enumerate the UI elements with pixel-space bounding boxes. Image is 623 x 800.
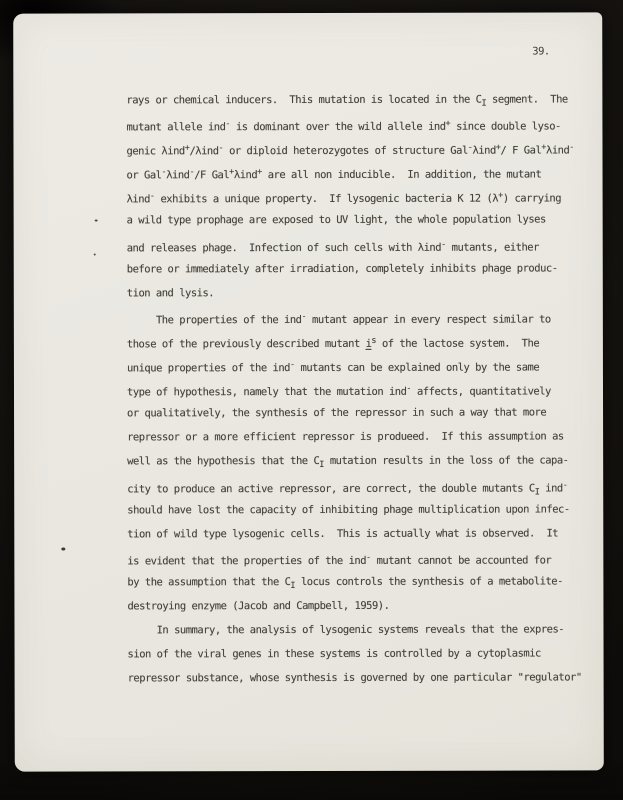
- text-line: destroying enzyme (Jacob and Campbell, 1…: [127, 593, 597, 618]
- stray-mark: [61, 548, 65, 551]
- text-line: type of hypothesis, namely that the muta…: [127, 377, 597, 402]
- text-line: rays or chemical inducers. This mutation…: [126, 87, 596, 112]
- text-line: by the assumption that the CI locus cont…: [127, 569, 597, 594]
- text-line: genic λind+/λind- or diploid heterozygot…: [126, 136, 596, 161]
- stray-mark: [95, 219, 98, 221]
- text-line: In summary, the analysis of lysogenic sy…: [127, 617, 597, 642]
- text-line: sion of the viral genes in these systems…: [128, 642, 598, 667]
- text-line: those of the previously described mutant…: [127, 328, 597, 353]
- text-line: or qualitatively, the synthesis of the r…: [127, 401, 597, 426]
- text-line: a wild type prophage are exposed to UV l…: [127, 208, 597, 233]
- text-line: or Gal-λind-/F Gal+λind+ are all non ind…: [127, 160, 597, 185]
- text-line: should have lost the capacity of inhibit…: [127, 497, 597, 522]
- text-line: city to produce an active repressor, are…: [127, 473, 597, 498]
- text-line: tion and lysis.: [127, 280, 597, 305]
- stray-mark: [94, 253, 96, 255]
- text-line: λind- exhibits a unique property. If lys…: [127, 184, 597, 209]
- text-line: is evident that the properties of the in…: [127, 545, 597, 570]
- text-line: repressor substance, whose synthesis is …: [128, 666, 598, 691]
- text-line: tion of wild type lysogenic cells. This …: [127, 521, 597, 546]
- text-line: The properties of the ind- mutant appear…: [127, 304, 597, 329]
- text-line: and releases phage. Infection of such ce…: [127, 232, 597, 257]
- text-line: well as the hypothesis that the CI mutat…: [127, 449, 597, 474]
- text-line: before or immediately after irradiation,…: [127, 256, 597, 281]
- page-number: 39.: [532, 45, 549, 57]
- text-line: mutant allele ind- is dominant over the …: [126, 111, 596, 136]
- text-line: unique properties of the ind- mutants ca…: [127, 352, 597, 377]
- document-page: 39. rays or chemical inducers. This muta…: [13, 12, 604, 771]
- document-body: rays or chemical inducers. This mutation…: [126, 87, 597, 690]
- text-line: repressor or a more efficient repressor …: [127, 425, 597, 450]
